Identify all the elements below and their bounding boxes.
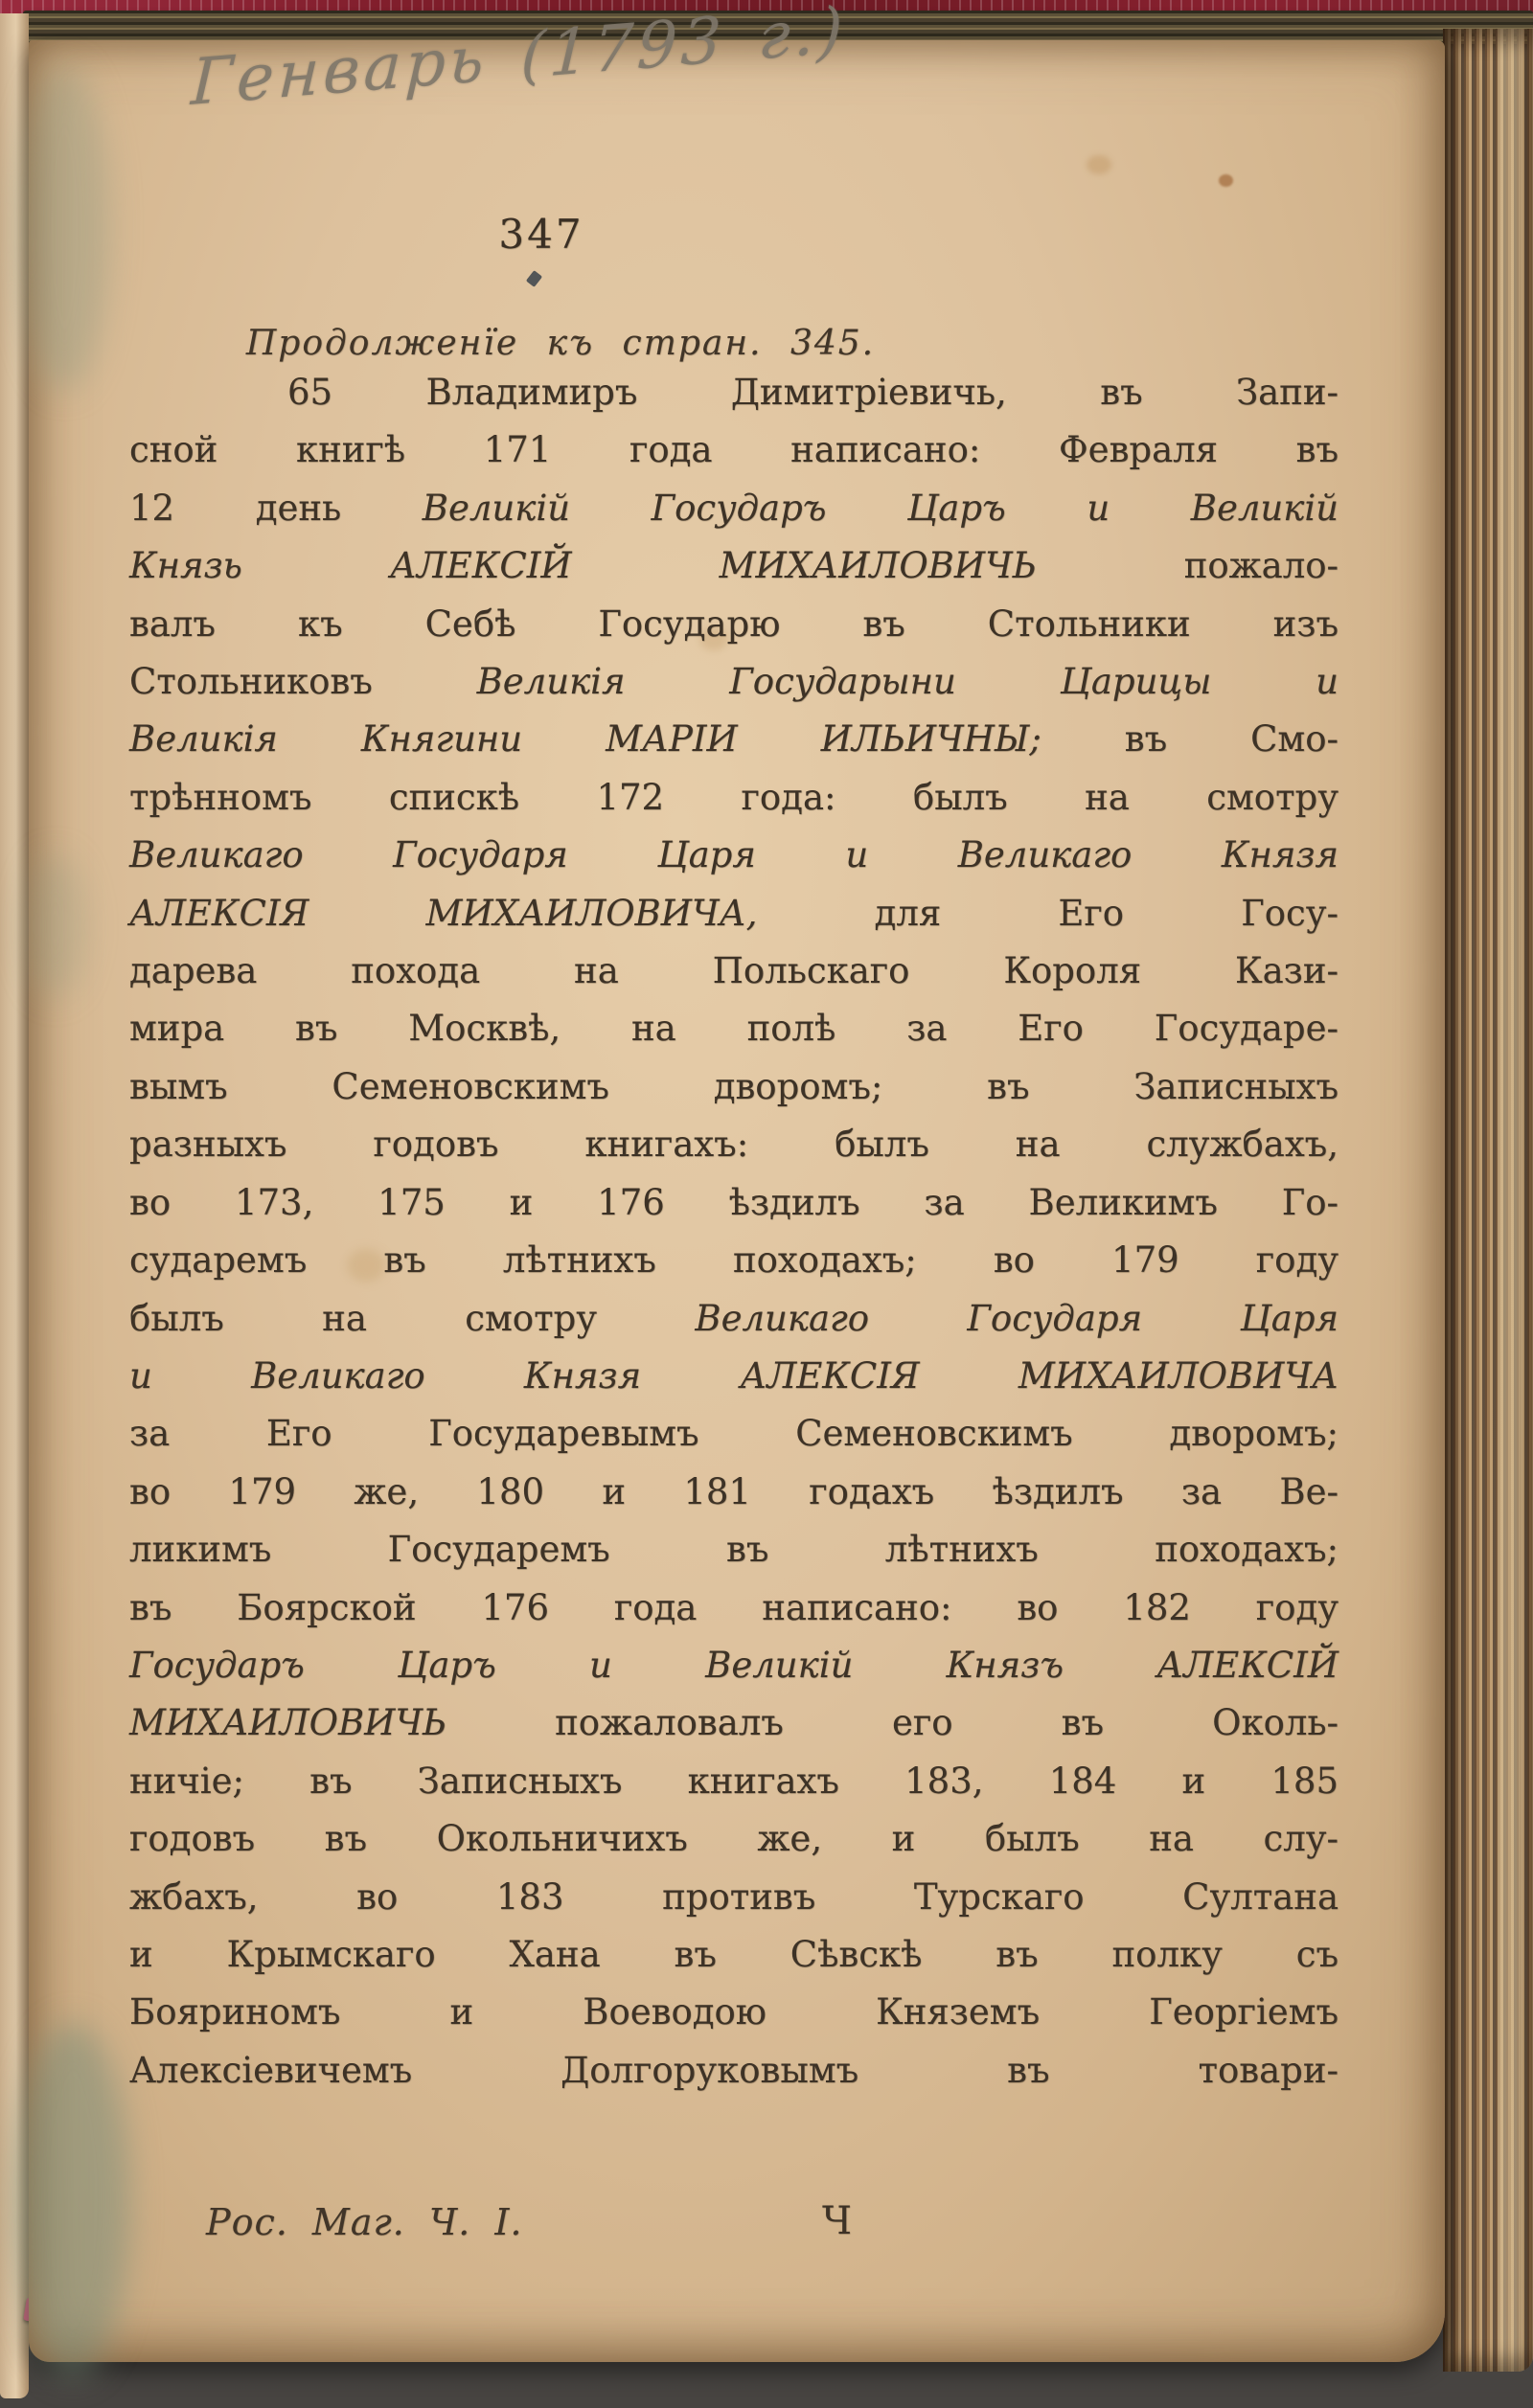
text-segment: дарева похода на Польскаго Короля Кази- [129, 950, 1339, 991]
foxing-spot [1087, 155, 1111, 174]
text-line: и Крымскаго Хана въ Сѣвскѣ въ полку съ [129, 1926, 1339, 1984]
text-line: мира въ Москвѣ, на полѣ за Его Государе- [129, 1000, 1339, 1057]
text-segment: Стольниковъ [129, 661, 477, 702]
text-line: Стольниковъ Великiя Государыни Царицы и [129, 653, 1339, 711]
text-line: во 173, 175 и 176 ѣздилъ за Великимъ Го- [129, 1174, 1339, 1232]
footer-volume-ref: Рос. Маг. Ч. I. [206, 2201, 522, 2243]
text-line: во 179 же, 180 и 181 годахъ ѣздилъ за Ве… [129, 1464, 1339, 1521]
text-line: жбахъ, во 183 противъ Турскаго Султана [129, 1869, 1339, 1926]
text-segment: былъ на смотру [129, 1298, 695, 1339]
gutter-stain [25, 854, 86, 998]
text-line: былъ на смотру Великаго Государя Царя [129, 1290, 1339, 1348]
text-line: Великiя Княгини МАРIИ ИЛЬИЧНЫ; въ Смо- [129, 711, 1339, 768]
gutter-stain [15, 2023, 130, 2377]
text-segment: Бояриномъ и Воеводою Княземъ Георгiемъ [129, 1991, 1339, 2033]
italic-text-segment: Государъ Царъ и Великiй Князъ АЛЕКСIЙ [129, 1645, 1339, 1686]
text-segment: 12 день [129, 488, 423, 529]
text-line: разныхъ годовъ книгахъ: былъ на службахъ… [129, 1116, 1339, 1173]
text-segment: жбахъ, во 183 противъ Турскаго Султана [129, 1876, 1339, 1918]
text-line: Князь АЛЕКСIЙ МИХАИЛОВИЧЬ пожало- [129, 537, 1339, 595]
text-segment: пожаловалъ его въ Околь- [446, 1702, 1339, 1743]
text-segment: валъ къ Себѣ Государю въ Стольники изъ [129, 603, 1339, 645]
text-line: 12 день Великiй Государъ Царъ и Великiй [129, 480, 1339, 537]
text-segment: сударемъ въ лѣтнихъ походахъ; во 179 год… [129, 1239, 1339, 1281]
ink-mark [526, 270, 542, 287]
text-line: Государъ Царъ и Великiй Князъ АЛЕКСIЙ [129, 1637, 1339, 1694]
text-line: АЛЕКСIЯ МИХАИЛОВИЧА, для Его Госу- [129, 885, 1339, 943]
text-segment: въ Смо- [1041, 718, 1339, 760]
text-line: Бояриномъ и Воеводою Княземъ Георгiемъ [129, 1984, 1339, 2041]
text-segment: пожало- [1037, 545, 1339, 586]
text-segment: разныхъ годовъ книгахъ: былъ на службахъ… [129, 1124, 1339, 1165]
text-segment: во 173, 175 и 176 ѣздилъ за Великимъ Го- [129, 1182, 1339, 1223]
text-line: сударемъ въ лѣтнихъ походахъ; во 179 год… [129, 1232, 1339, 1289]
text-line: въ Боярской 176 года написано: во 182 го… [129, 1579, 1339, 1637]
text-segment: мира въ Москвѣ, на полѣ за Его Государе- [129, 1008, 1339, 1049]
signature-mark: Ч [822, 2199, 852, 2243]
text-line: годовъ въ Окольничихъ же, и былъ на слу- [129, 1810, 1339, 1868]
text-line: за Его Государевымъ Семеновскимъ дворомъ… [129, 1405, 1339, 1463]
text-line: МИХАИЛОВИЧЬ пожаловалъ его въ Околь- [129, 1694, 1339, 1752]
italic-text-segment: Великiя Княгини МАРIИ ИЛЬИЧНЫ; [129, 718, 1041, 760]
text-line: вымъ Семеновскимъ дворомъ; въ Записныхъ [129, 1058, 1339, 1116]
text-segment: годовъ въ Окольничихъ же, и былъ на слу- [129, 1818, 1339, 1859]
text-segment: во 179 же, 180 и 181 годахъ ѣздилъ за Ве… [129, 1471, 1339, 1512]
text-segment: 65 Владимиръ Димитрiевичь, въ Запи- [287, 372, 1339, 413]
text-line: Алексiевичемъ Долгоруковымъ въ товари- [129, 2042, 1339, 2100]
italic-text-segment: и Великаго Князя АЛЕКСIЯ МИХАИЛОВИЧА [129, 1355, 1339, 1397]
text-line: Великаго Государя Царя и Великаго Князя [129, 827, 1339, 884]
book-page: Генварь (1793 г.) 347 Продолженïе къ стр… [29, 40, 1445, 2362]
underlying-page-edge [0, 13, 29, 2398]
text-segment: сной книгѣ 171 года написано: Февраля въ [129, 429, 1339, 470]
text-line: трѣнномъ спискѣ 172 года: былъ на смотру [129, 769, 1339, 827]
text-segment: ликимъ Государемъ въ лѣтнихъ походахъ; [129, 1529, 1339, 1570]
continuation-header: Продолженïе къ стран. 345. [125, 324, 996, 363]
text-line: ничiе; въ Записныхъ книгахъ 183, 184 и 1… [129, 1753, 1339, 1810]
text-line: ликимъ Государемъ въ лѣтнихъ походахъ; [129, 1521, 1339, 1579]
text-line: валъ къ Себѣ Государю въ Стольники изъ [129, 596, 1339, 653]
text-segment: Алексiевичемъ Долгоруковымъ въ товари- [129, 2050, 1339, 2091]
body-text: 65 Владимиръ Димитрiевичь, въ Запи-сной … [129, 364, 1339, 2100]
italic-text-segment: Великаго Государя Царя [695, 1298, 1339, 1339]
text-line: дарева похода на Польскаго Короля Кази- [129, 943, 1339, 1000]
italic-text-segment: Великiй Государъ Царъ и Великiй [423, 488, 1339, 529]
gutter-stain [19, 65, 110, 391]
italic-text-segment: Великiя Государыни Царицы и [477, 661, 1339, 702]
book-fore-edge [1443, 29, 1533, 2372]
italic-text-segment: Великаго Государя Царя и Великаго Князя [129, 834, 1339, 875]
text-segment: для Его Госу- [757, 893, 1339, 934]
text-line: сной книгѣ 171 года написано: Февраля въ [129, 421, 1339, 479]
text-segment: въ Боярской 176 года написано: во 182 го… [129, 1587, 1339, 1628]
italic-text-segment: АЛЕКСIЯ МИХАИЛОВИЧА, [129, 893, 757, 934]
page-number: 347 [436, 211, 647, 258]
italic-text-segment: Князь АЛЕКСIЙ МИХАИЛОВИЧЬ [129, 545, 1037, 586]
text-segment: ничiе; въ Записныхъ книгахъ 183, 184 и 1… [129, 1761, 1339, 1802]
foxing-spot [1219, 174, 1233, 187]
text-segment: за Его Государевымъ Семеновскимъ дворомъ… [129, 1413, 1339, 1454]
book-page-photo: Генварь (1793 г.) 347 Продолженïе къ стр… [0, 0, 1533, 2408]
italic-text-segment: МИХАИЛОВИЧЬ [129, 1702, 446, 1743]
text-segment: трѣнномъ спискѣ 172 года: былъ на смотру [129, 777, 1339, 818]
text-segment: вымъ Семеновскимъ дворомъ; въ Записныхъ [129, 1066, 1339, 1107]
text-segment: и Крымскаго Хана въ Сѣвскѣ въ полку съ [129, 1934, 1339, 1975]
text-line: и Великаго Князя АЛЕКСIЯ МИХАИЛОВИЧА [129, 1348, 1339, 1405]
text-line: 65 Владимиръ Димитрiевичь, въ Запи- [129, 364, 1339, 421]
